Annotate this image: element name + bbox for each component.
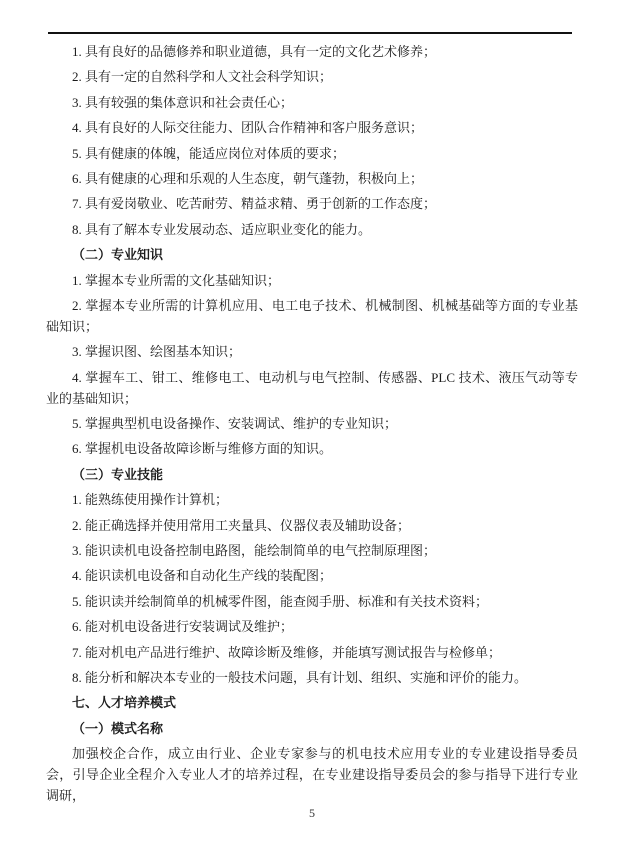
quality-item: 8. 具有了解本专业发展动态、适应职业变化的能力。 bbox=[46, 219, 578, 240]
skills-item: 2. 能正确选择并使用常用工夹量具、仪器仪表及辅助设备； bbox=[46, 515, 578, 536]
skills-item: 5. 能识读并绘制简单的机械零件图，能查阅手册、标准和有关技术资料； bbox=[46, 591, 578, 612]
knowledge-item: 1. 掌握本专业所需的文化基础知识； bbox=[46, 270, 578, 291]
page-content: 1. 具有良好的品德修养和职业道德，具有一定的文化艺术修养； 2. 具有一定的自… bbox=[46, 41, 578, 811]
skills-item: 7. 能对机电产品进行维护、故障诊断及维修，并能填写测试报告与检修单； bbox=[46, 642, 578, 663]
skills-item: 4. 能识读机电设备和自动化生产线的装配图； bbox=[46, 565, 578, 586]
skills-item: 1. 能熟练使用操作计算机； bbox=[46, 489, 578, 510]
quality-item: 3. 具有较强的集体意识和社会责任心； bbox=[46, 92, 578, 113]
knowledge-item: 3. 掌握识图、绘图基本知识； bbox=[46, 341, 578, 362]
knowledge-item: 6. 掌握机电设备故障诊断与维修方面的知识。 bbox=[46, 438, 578, 459]
mode-paragraph: 加强校企合作，成立由行业、企业专家参与的机电技术应用专业的专业建设指导委员会，引… bbox=[46, 743, 578, 806]
mode-name-heading: （一）模式名称 bbox=[46, 718, 578, 739]
page-number: 5 bbox=[0, 805, 624, 821]
skills-item: 3. 能识读机电设备控制电路图，能绘制简单的电气控制原理图； bbox=[46, 540, 578, 561]
quality-item: 6. 具有健康的心理和乐观的人生态度，朝气蓬勃，积极向上； bbox=[46, 168, 578, 189]
chapter-seven-heading: 七、人才培养模式 bbox=[46, 692, 578, 713]
knowledge-section-heading: （二）专业知识 bbox=[46, 244, 578, 265]
header-rule bbox=[48, 32, 572, 34]
document-page: 1. 具有良好的品德修养和职业道德，具有一定的文化艺术修养； 2. 具有一定的自… bbox=[0, 0, 624, 859]
skills-item: 6. 能对机电设备进行安装调试及维护； bbox=[46, 616, 578, 637]
knowledge-item: 2. 掌握本专业所需的计算机应用、电工电子技术、机械制图、机械基础等方面的专业基… bbox=[46, 295, 578, 337]
quality-item: 1. 具有良好的品德修养和职业道德，具有一定的文化艺术修养； bbox=[46, 41, 578, 62]
knowledge-item: 4. 掌握车工、钳工、维修电工、电动机与电气控制、传感器、PLC 技术、液压气动… bbox=[46, 367, 578, 409]
skills-item: 8. 能分析和解决本专业的一般技术问题，具有计划、组织、实施和评价的能力。 bbox=[46, 667, 578, 688]
quality-item: 2. 具有一定的自然科学和人文社会科学知识； bbox=[46, 66, 578, 87]
skills-section-heading: （三）专业技能 bbox=[46, 464, 578, 485]
knowledge-item: 5. 掌握典型机电设备操作、安装调试、维护的专业知识； bbox=[46, 413, 578, 434]
quality-item: 4. 具有良好的人际交往能力、团队合作精神和客户服务意识； bbox=[46, 117, 578, 138]
quality-item: 7. 具有爱岗敬业、吃苦耐劳、精益求精、勇于创新的工作态度； bbox=[46, 193, 578, 214]
quality-item: 5. 具有健康的体魄，能适应岗位对体质的要求； bbox=[46, 143, 578, 164]
